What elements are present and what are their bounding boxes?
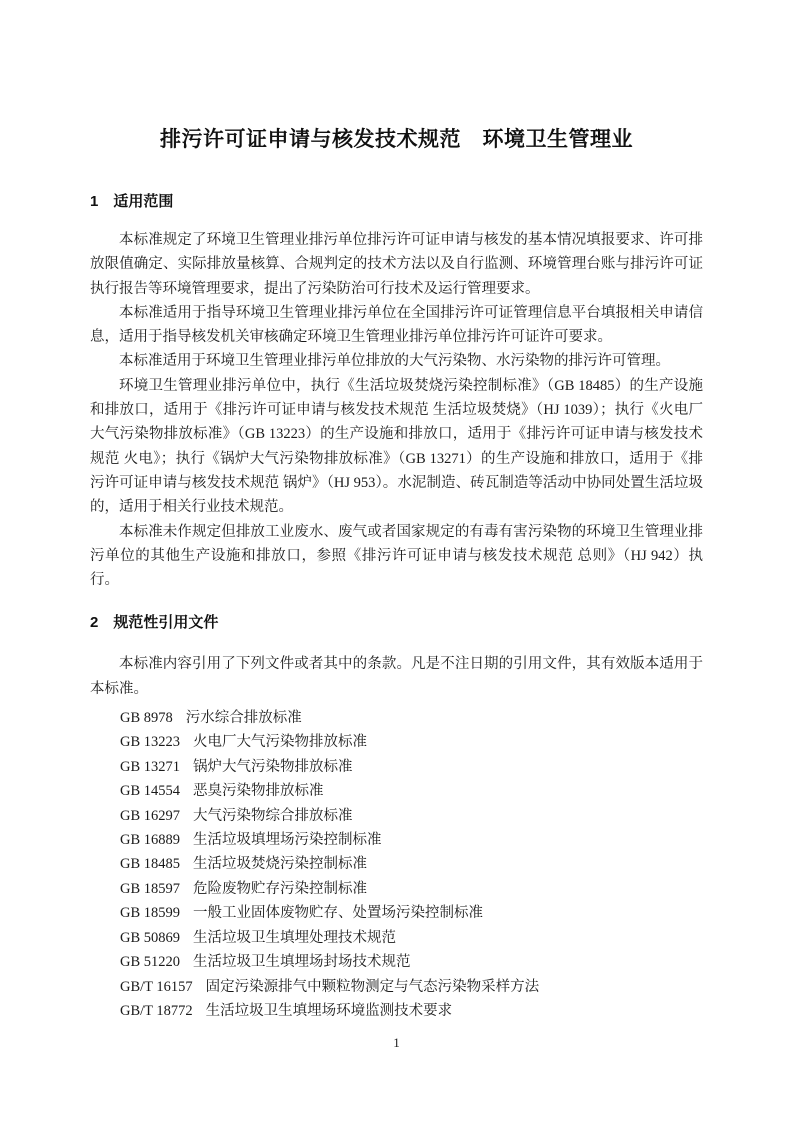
section-1-body: 本标准规定了环境卫生管理业排污单位排污许可证申请与核发的基本情况填报要求、许可排… [90, 228, 703, 592]
reference-name: 生活垃圾卫生填埋场环境监测技术要求 [206, 999, 453, 1023]
paragraph: 本标准内容引用了下列文件或者其中的条款。凡是不注日期的引用文件，其有效版本适用于… [90, 652, 703, 701]
reference-name: 大气污染物综合排放标准 [193, 804, 353, 828]
section-1-number: 1 [90, 192, 98, 212]
reference-name: 恶臭污染物排放标准 [193, 779, 324, 803]
reference-name: 污水综合排放标准 [186, 706, 302, 730]
reference-item: GB 16889 生活垃圾填埋场污染控制标准 [120, 828, 703, 852]
section-2-body: 本标准内容引用了下列文件或者其中的条款。凡是不注日期的引用文件，其有效版本适用于… [90, 652, 703, 701]
document-page: 排污许可证申请与核发技术规范 环境卫生管理业 1适用范围 本标准规定了环境卫生管… [0, 0, 793, 1122]
reference-code: GB 13223 [120, 730, 180, 754]
section-2-number: 2 [90, 613, 98, 633]
paragraph: 本标准适用于指导环境卫生管理业排污单位在全国排污许可证管理信息平台填报相关申请信… [90, 301, 703, 350]
reference-code: GB 50869 [120, 926, 180, 950]
reference-name: 生活垃圾卫生填埋场封场技术规范 [193, 950, 411, 974]
reference-name: 生活垃圾卫生填埋处理技术规范 [193, 926, 396, 950]
reference-code: GB 13271 [120, 755, 180, 779]
reference-code: GB/T 18772 [120, 999, 193, 1023]
reference-item: GB 8978 污水综合排放标准 [120, 706, 703, 730]
reference-item: GB 50869 生活垃圾卫生填埋处理技术规范 [120, 926, 703, 950]
reference-item: GB 51220 生活垃圾卫生填埋场封场技术规范 [120, 950, 703, 974]
paragraph: 本标准规定了环境卫生管理业排污单位排污许可证申请与核发的基本情况填报要求、许可排… [90, 228, 703, 301]
section-1-heading: 1适用范围 [90, 192, 703, 212]
reference-name: 生活垃圾焚烧污染控制标准 [193, 852, 367, 876]
reference-name: 生活垃圾填埋场污染控制标准 [193, 828, 382, 852]
reference-name: 危险废物贮存污染控制标准 [193, 877, 367, 901]
section-2-heading: 2规范性引用文件 [90, 613, 703, 633]
paragraph: 环境卫生管理业排污单位中，执行《生活垃圾焚烧污染控制标准》（GB 18485）的… [90, 374, 703, 520]
reference-item: GB 18597 危险废物贮存污染控制标准 [120, 877, 703, 901]
reference-code: GB 16297 [120, 804, 180, 828]
normative-reference-list: GB 8978 污水综合排放标准 GB 13223 火电厂大气污染物排放标准 G… [90, 706, 703, 1023]
reference-code: GB/T 16157 [120, 975, 193, 999]
reference-item: GB 16297 大气污染物综合排放标准 [120, 804, 703, 828]
section-2-heading-text: 规范性引用文件 [113, 614, 218, 631]
reference-name: 固定污染源排气中颗粒物测定与气态污染物采样方法 [206, 975, 540, 999]
reference-code: GB 8978 [120, 706, 173, 730]
reference-item: GB 13223 火电厂大气污染物排放标准 [120, 730, 703, 754]
reference-item: GB 18485 生活垃圾焚烧污染控制标准 [120, 852, 703, 876]
reference-name: 火电厂大气污染物排放标准 [193, 730, 367, 754]
paragraph: 本标准适用于环境卫生管理业排污单位排放的大气污染物、水污染物的排污许可管理。 [90, 349, 703, 373]
reference-code: GB 18485 [120, 852, 180, 876]
reference-code: GB 14554 [120, 779, 180, 803]
reference-name: 锅炉大气污染物排放标准 [193, 755, 353, 779]
reference-item: GB 18599 一般工业固体废物贮存、处置场污染控制标准 [120, 901, 703, 925]
reference-code: GB 18597 [120, 877, 180, 901]
paragraph: 本标准未作规定但排放工业废水、废气或者国家规定的有毒有害污染物的环境卫生管理业排… [90, 520, 703, 593]
reference-item: GB 14554 恶臭污染物排放标准 [120, 779, 703, 803]
reference-item: GB/T 18772 生活垃圾卫生填埋场环境监测技术要求 [120, 999, 703, 1023]
document-content: 排污许可证申请与核发技术规范 环境卫生管理业 1适用范围 本标准规定了环境卫生管… [90, 0, 703, 1023]
reference-code: GB 18599 [120, 901, 180, 925]
reference-code: GB 16889 [120, 828, 180, 852]
reference-code: GB 51220 [120, 950, 180, 974]
reference-name: 一般工业固体废物贮存、处置场污染控制标准 [193, 901, 483, 925]
section-1-heading-text: 适用范围 [113, 193, 173, 210]
document-title: 排污许可证申请与核发技术规范 环境卫生管理业 [90, 125, 703, 155]
reference-item: GB 13271 锅炉大气污染物排放标准 [120, 755, 703, 779]
reference-item: GB/T 16157 固定污染源排气中颗粒物测定与气态污染物采样方法 [120, 975, 703, 999]
page-number: 1 [0, 1034, 793, 1052]
